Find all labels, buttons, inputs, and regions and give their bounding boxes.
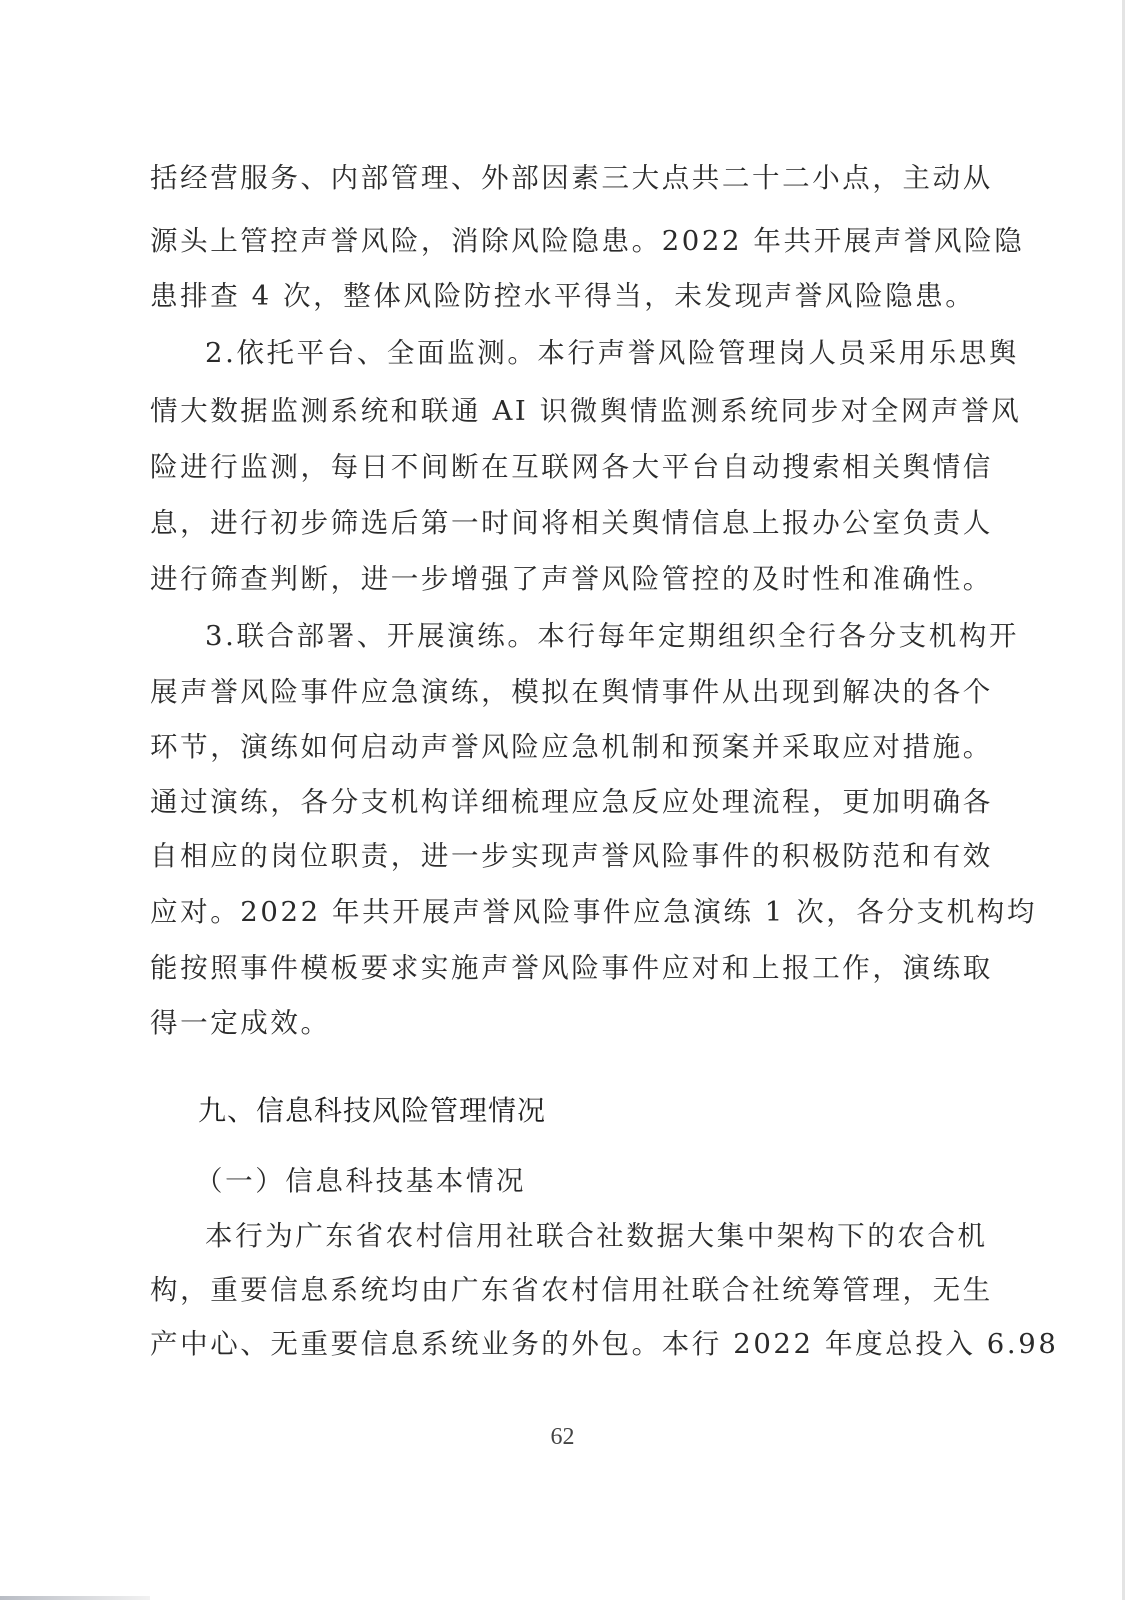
subsection-heading: （一）信息科技基本情况 <box>195 1163 526 1199</box>
paragraph-line: 构，重要信息系统均由广东省农村信用社联合社统筹管理，无生 <box>150 1272 980 1308</box>
paragraph-line: 险进行监测，每日不间断在互联网各大平台自动搜索相关舆情信 <box>150 449 980 485</box>
paragraph-line: 自相应的岗位职责，进一步实现声誉风险事件的积极防范和有效 <box>150 838 980 874</box>
paragraph-line: 2.依托平台、全面监测。本行声誉风险管理岗人员采用乐思舆 <box>205 335 980 371</box>
scan-edge <box>0 1596 150 1600</box>
paragraph-line: 源头上管控声誉风险，消除风险隐患。2022 年共开展声誉风险隐 <box>150 223 980 259</box>
paragraph-line: 产中心、无重要信息系统业务的外包。本行 2022 年度总投入 6.98 <box>150 1326 980 1362</box>
paragraph-line: 患排查 4 次，整体风险防控水平得当，未发现声誉风险隐患。 <box>150 278 980 314</box>
paragraph-line: 能按照事件模板要求实施声誉风险事件应对和上报工作，演练取 <box>150 950 980 986</box>
page-number: 62 <box>0 1424 1125 1451</box>
paragraph-line: 情大数据监测系统和联通 AI 识微舆情监测系统同步对全网声誉风 <box>150 393 980 429</box>
paragraph-line: 应对。2022 年共开展声誉风险事件应急演练 1 次，各分支机构均 <box>150 894 980 930</box>
paragraph-line: 展声誉风险事件应急演练，模拟在舆情事件从出现到解决的各个 <box>150 674 980 710</box>
paragraph-line: 环节，演练如何启动声誉风险应急机制和预案并采取应对措施。 <box>150 729 980 765</box>
paragraph-line: 本行为广东省农村信用社联合社数据大集中架构下的农合机 <box>205 1218 980 1254</box>
document-page: 括经营服务、内部管理、外部因素三大点共二十二小点，主动从 源头上管控声誉风险，消… <box>0 0 1125 1600</box>
paragraph-line: 息，进行初步筛选后第一时间将相关舆情信息上报办公室负责人 <box>150 505 980 541</box>
paragraph-line: 括经营服务、内部管理、外部因素三大点共二十二小点，主动从 <box>150 160 980 196</box>
section-heading: 九、信息科技风险管理情况 <box>198 1093 546 1129</box>
paragraph-line: 进行筛查判断，进一步增强了声誉风险管控的及时性和准确性。 <box>150 561 980 597</box>
paragraph-line: 3.联合部署、开展演练。本行每年定期组织全行各分支机构开 <box>205 618 980 654</box>
paragraph-line: 通过演练，各分支机构详细梳理应急反应处理流程，更加明确各 <box>150 784 980 820</box>
paragraph-line: 得一定成效。 <box>150 1005 980 1041</box>
